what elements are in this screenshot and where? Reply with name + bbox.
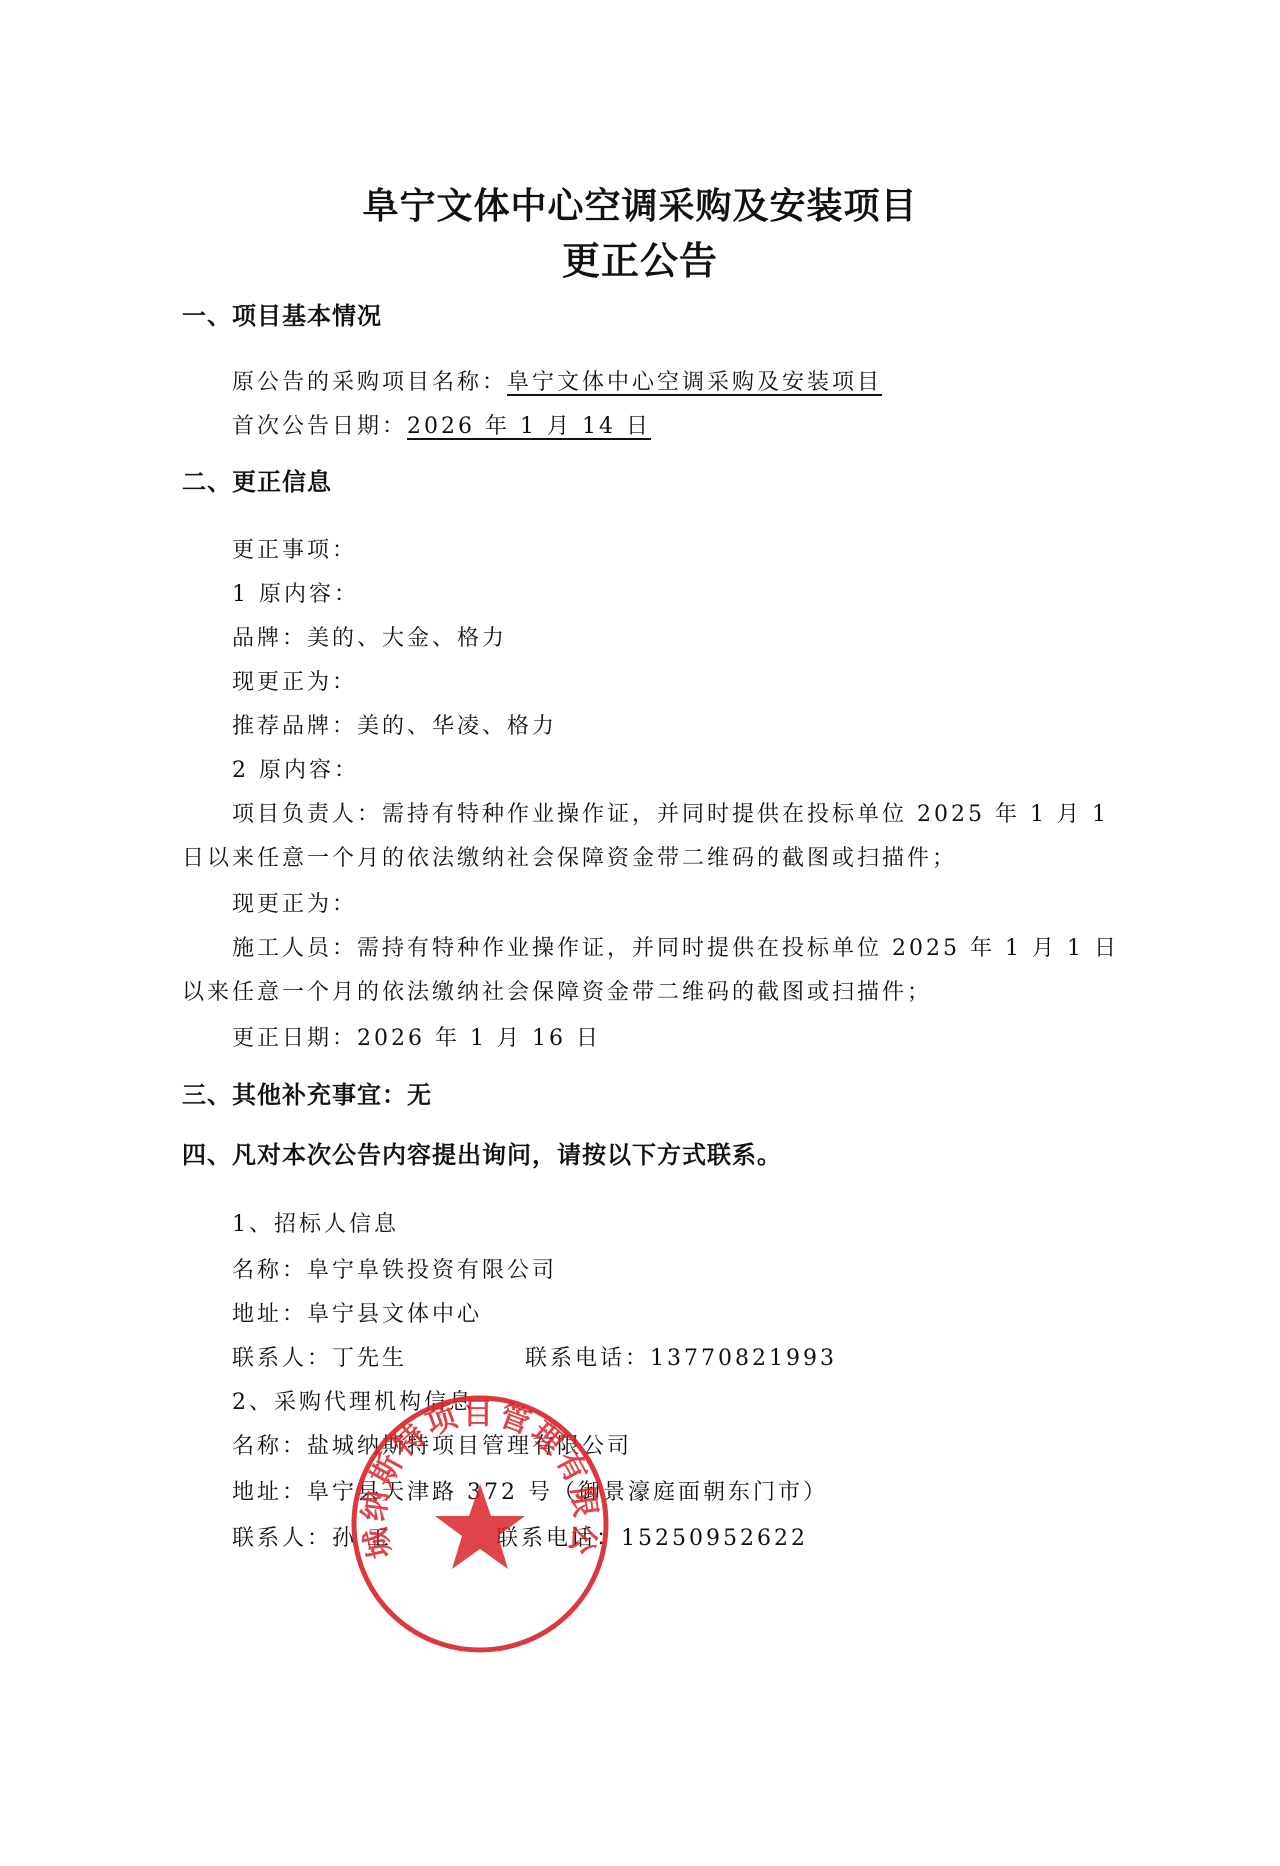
- item2-original-line2: 日以来任意一个月的依法缴纳社会保障资金带二维码的截图或扫描件；: [182, 841, 957, 872]
- first-notice-date-value: 2026 年 1 月 14 日: [407, 414, 651, 439]
- tenderer-contact-line: 联系人：丁先生联系电话：13770821993: [232, 1341, 837, 1372]
- tenderer-contact: 联系人：丁先生: [232, 1346, 407, 1371]
- agency-heading: 2、采购代理机构信息: [232, 1385, 474, 1416]
- section2-heading: 二、更正信息: [182, 462, 332, 497]
- document-subtitle: 更正公告: [0, 230, 1280, 285]
- document-title: 阜宁文体中心空调采购及安装项目: [0, 178, 1280, 229]
- item2-now-line1: 施工人员：需持有特种作业操作证，并同时提供在投标单位 2025 年 1 月 1 …: [232, 931, 1119, 962]
- agency-address: 地址：阜宁县天津路 372 号（御景濠庭面朝东门市）: [232, 1475, 828, 1506]
- first-notice-date-label: 首次公告日期：: [232, 414, 407, 439]
- item1-original-label: 1 原内容：: [232, 577, 359, 608]
- agency-contact: 联系人：孙 工: [232, 1526, 392, 1551]
- tenderer-phone: 联系电话：13770821993: [525, 1346, 837, 1371]
- item1-now-text: 推荐品牌：美的、华凌、格力: [232, 709, 557, 740]
- section1-heading: 一、项目基本情况: [182, 296, 382, 331]
- project-name-value: 阜宁文体中心空调采购及安装项目: [507, 370, 882, 395]
- item2-original-line1: 项目负责人：需持有特种作业操作证，并同时提供在投标单位 2025 年 1 月 1: [232, 797, 1109, 828]
- agency-name: 名称：盐城纳斯特项目管理有限公司: [232, 1429, 632, 1460]
- agency-contact-line: 联系人：孙 工联系电话：15250952622: [232, 1521, 808, 1552]
- correction-date: 更正日期：2026 年 1 月 16 日: [232, 1021, 601, 1052]
- section4-heading: 四、凡对本次公告内容提出询问，请按以下方式联系。: [182, 1135, 782, 1170]
- first-notice-date-line: 首次公告日期：2026 年 1 月 14 日: [232, 409, 651, 440]
- item1-original-text: 品牌：美的、大金、格力: [232, 621, 507, 652]
- project-name-label: 原公告的采购项目名称：: [232, 370, 507, 395]
- project-name-line: 原公告的采购项目名称：阜宁文体中心空调采购及安装项目: [232, 365, 882, 396]
- tenderer-address: 地址：阜宁县文体中心: [232, 1297, 482, 1328]
- item2-now-label: 现更正为：: [232, 887, 357, 918]
- section3-heading: 三、其他补充事宜：无: [182, 1075, 432, 1110]
- correction-items-label: 更正事项：: [232, 533, 357, 564]
- tenderer-name: 名称：阜宁阜铁投资有限公司: [232, 1253, 557, 1284]
- tenderer-heading: 1、招标人信息: [232, 1207, 399, 1238]
- agency-phone: 联系电话：15250952622: [496, 1526, 808, 1551]
- document-page: 阜宁文体中心空调采购及安装项目 更正公告 一、项目基本情况 原公告的采购项目名称…: [0, 0, 1280, 1866]
- item1-now-label: 现更正为：: [232, 665, 357, 696]
- item2-now-line2: 以来任意一个月的依法缴纳社会保障资金带二维码的截图或扫描件；: [182, 975, 932, 1006]
- item2-original-label: 2 原内容：: [232, 753, 359, 784]
